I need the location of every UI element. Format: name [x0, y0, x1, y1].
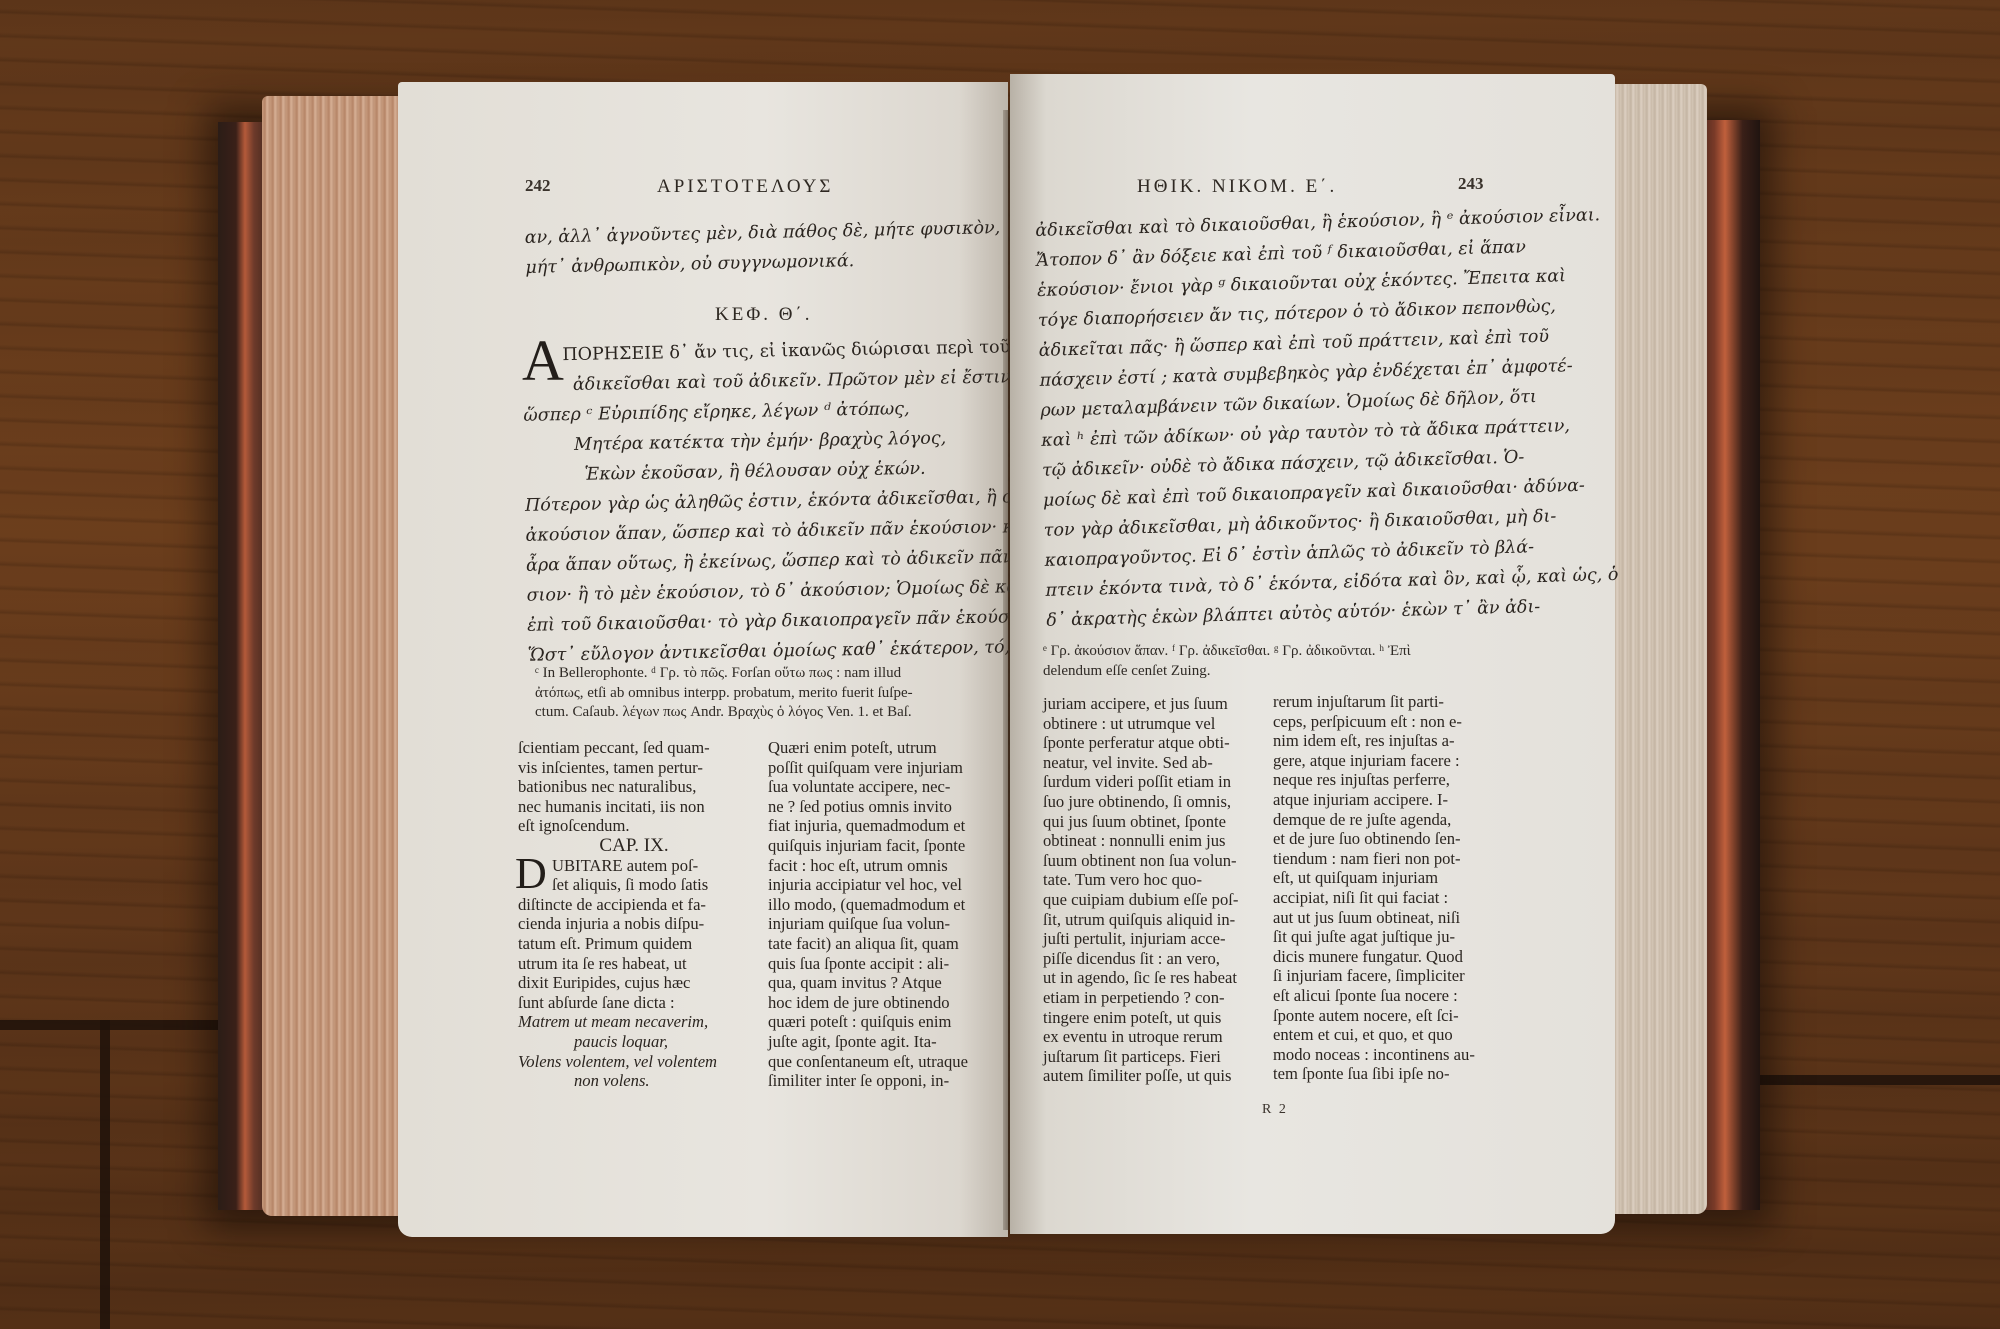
signature-mark: R 2	[1262, 1102, 1288, 1118]
left-chapter-heading: ΚΕΦ. Θ΄.	[715, 304, 813, 326]
left-page-number: 242	[525, 176, 551, 196]
left-footnotes: ᶜ In Bellerophonte. ᵈ Γρ. τὸ πῶς. Forſan…	[535, 664, 913, 723]
left-latin-column-1: ſcientiam peccant, ſed quam- vis inſcien…	[518, 738, 750, 1091]
left-greek-opening: αν, ἀλλ᾽ ἀγνοῦντες μὲν, διὰ πάθος δὲ, μή…	[524, 213, 1001, 283]
left-running-head: ΑΡΙΣΤΟΤΕΛΟΥΣ	[657, 176, 833, 198]
page-block-right-edge	[1612, 84, 1707, 1214]
right-page-number: 243	[1458, 174, 1484, 194]
left-latin-column-2: Quæri enim poteſt, utrum poſſit quiſquam…	[768, 738, 998, 1091]
latin-drop-cap: D	[515, 852, 547, 896]
right-latin-column-2: rerum injuſtarum ſit parti- ceps, perſpi…	[1273, 692, 1508, 1084]
left-greek-chapter-text: ΠΟΡΗΣΕΙΕ δ᾽ ἄν τις, εἰ ἱκανῶς διώρισαι π…	[522, 331, 1080, 671]
table-plank-seam	[1760, 1075, 2000, 1085]
table-plank-seam	[100, 1020, 110, 1329]
page-block-left-edge	[262, 96, 402, 1216]
right-greek-text: ἀδικεῖσθαι καὶ τὸ δικαιοῦσθαι, ἢ ἑκούσιο…	[1035, 200, 1620, 636]
right-footnotes: ᵉ Γρ. ἀκούσιον ἅπαν. ᶠ Γρ. ἀδικεῖσθαι. ᵍ…	[1043, 642, 1411, 681]
right-latin-column-1: juriam accipere, et jus ſuum obtinere : …	[1043, 694, 1268, 1086]
right-running-head: ΗΘΙΚ. ΝΙΚΟΜ. Ε΄.	[1137, 176, 1337, 198]
